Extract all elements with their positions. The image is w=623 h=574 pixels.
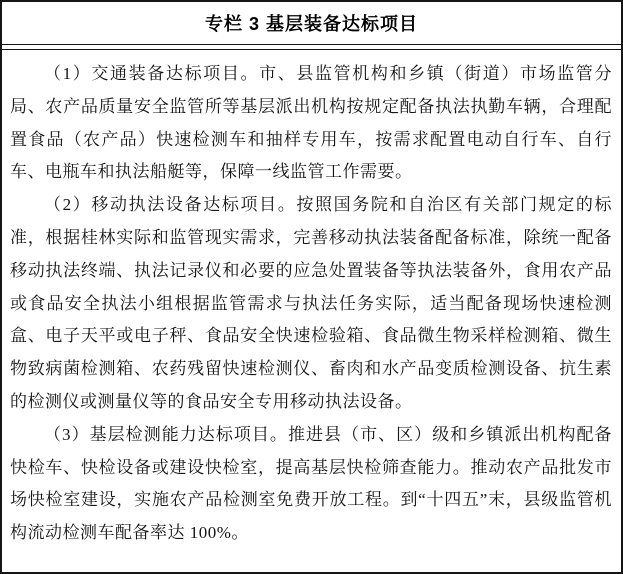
paragraph-grassroots-testing-capacity: （3）基层检测能力达标项目。推进县（市、区）级和乡镇派出机构配备快检车、快检设备… [10, 419, 612, 550]
paragraph-mobile-enforcement-equipment: （2）移动执法设备达标项目。按照国务院和自治区有关部门规定的标准，根据桂林实际和… [10, 189, 612, 419]
panel: 专栏 3 基层装备达标项目 （1）交通装备达标项目。市、县监管机构和乡镇（街道）… [0, 0, 623, 574]
panel-title: 专栏 3 基层装备达标项目 [205, 10, 418, 36]
panel-title-cell: 专栏 3 基层装备达标项目 [2, 2, 621, 45]
panel-body: （1）交通装备达标项目。市、县监管机构和乡镇（街道）市场监管分局、农产品质量安全… [2, 49, 621, 572]
paragraph-transport-equipment: （1）交通装备达标项目。市、县监管机构和乡镇（街道）市场监管分局、农产品质量安全… [10, 58, 612, 189]
